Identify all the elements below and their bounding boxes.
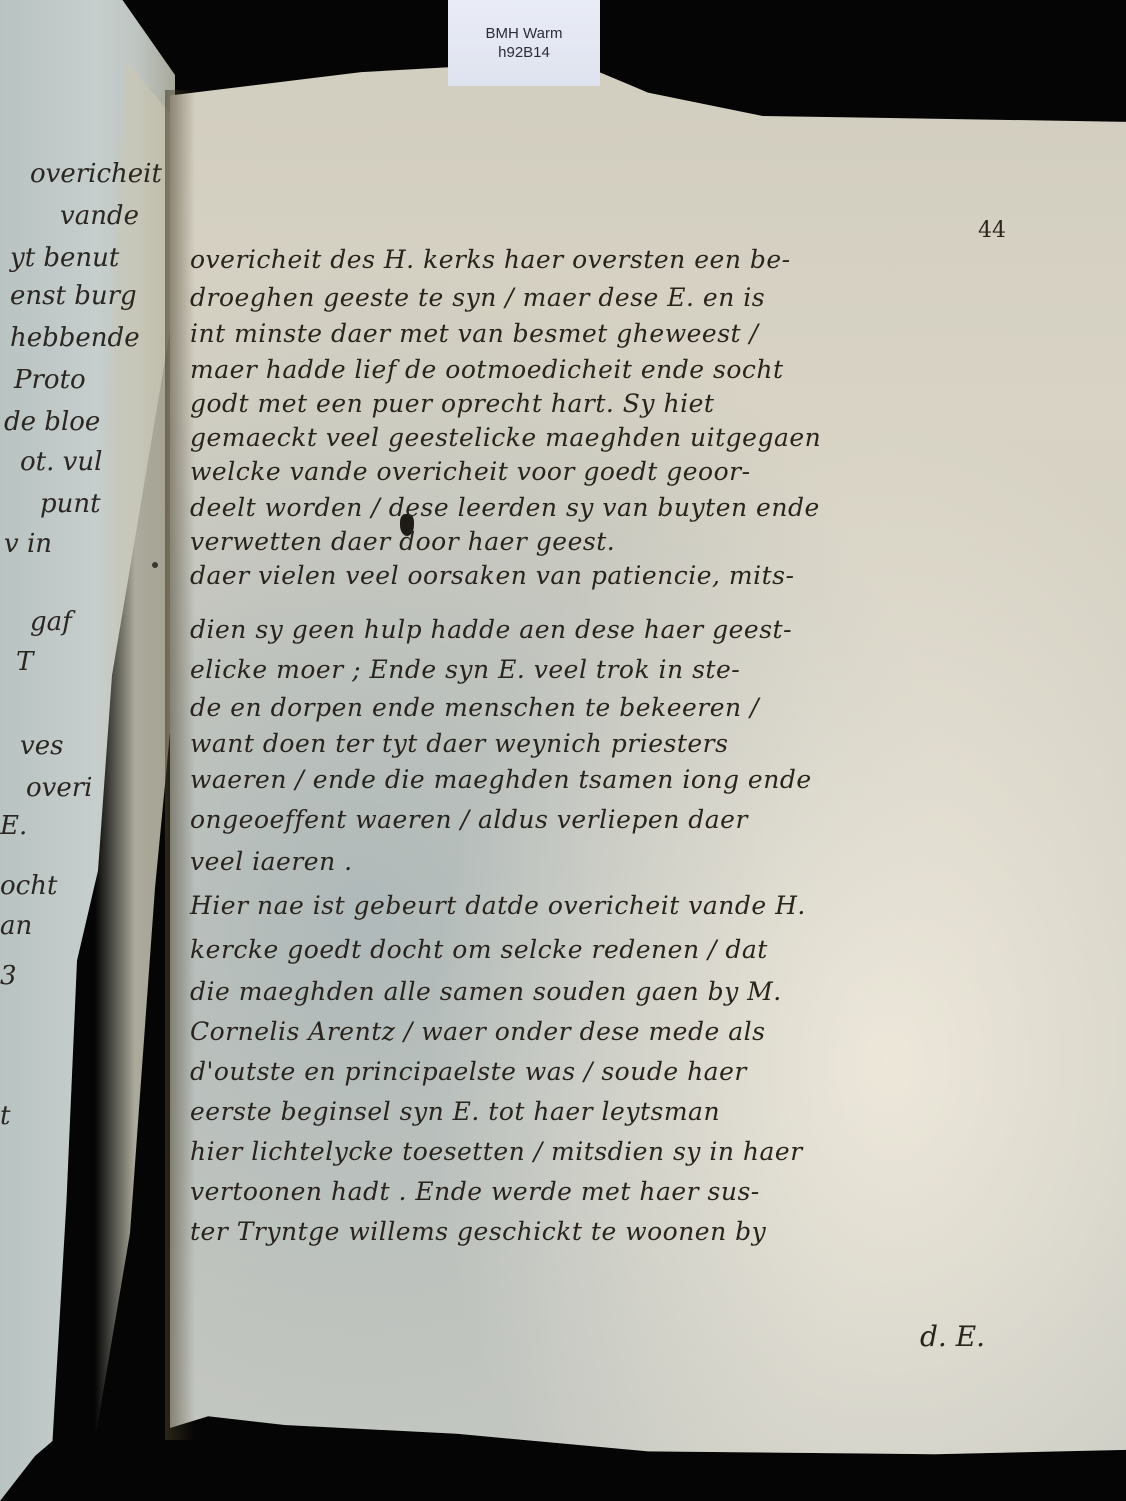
text-line: godt met een puer oprecht hart. Sy hiet (190, 389, 714, 418)
text-line: maer hadde lief de ootmoedicheit ende so… (190, 355, 784, 384)
left-fragment: vande (60, 200, 139, 232)
text-line: de en dorpen ende menschen te bekeeren / (190, 693, 759, 722)
page-number: 44 (978, 218, 1006, 243)
left-fragment: gaf (30, 606, 72, 638)
left-fragment: E. (0, 810, 27, 842)
text-line: elicke moer ; Ende syn E. veel trok in s… (190, 655, 740, 684)
text-line: veel iaeren . (190, 847, 353, 876)
left-fragment: overi (26, 772, 92, 804)
left-fragment: de bloe (4, 406, 100, 438)
text-line: overicheit des H. kerks haer oversten ee… (190, 245, 791, 274)
left-fragment: overicheit (30, 158, 162, 190)
left-fragment: an (0, 910, 32, 942)
text-line: want doen ter tyt daer weynich priesters (190, 729, 728, 758)
text-line: ter Tryntge willems geschickt te woonen … (190, 1217, 766, 1246)
call-number-slip: BMH Warm h92B14 (448, 0, 600, 86)
text-line: d'outste en principaelste was / soude ha… (190, 1057, 747, 1086)
signature-initials: d. E. (920, 1320, 985, 1353)
left-fragment: t (0, 1100, 10, 1132)
text-line: gemaeckt veel geestelicke maeghden uitge… (190, 423, 821, 452)
margin-dot-icon (152, 562, 158, 568)
text-line: kercke goedt docht om selcke redenen / d… (190, 935, 768, 964)
text-line: eerste beginsel syn E. tot haer leytsman (190, 1097, 720, 1126)
text-line: welcke vande overicheit voor goedt geoor… (190, 457, 751, 486)
text-line: daer vielen veel oorsaken van patiencie,… (190, 561, 794, 590)
left-fragment: punt (40, 488, 101, 520)
left-fragment: v in (4, 528, 52, 560)
left-fragment: 3 (0, 960, 17, 992)
text-line: dien sy geen hulp hadde aen dese haer ge… (190, 615, 792, 644)
left-fragment: enst burg (10, 280, 137, 312)
left-fragment: Proto (14, 364, 86, 396)
text-line: hier lichtelycke toesetten / mitsdien sy… (190, 1137, 803, 1166)
left-fragment: ot. vul (20, 446, 102, 478)
text-line: droeghen geeste te syn / maer dese E. en… (190, 283, 765, 312)
left-fragment: ocht (0, 870, 57, 902)
left-fragment: hebbende (10, 322, 140, 354)
text-line: deelt worden / dese leerden sy van buyte… (190, 493, 820, 522)
left-fragment: yt benut (10, 242, 119, 274)
text-line: Hier nae ist gebeurt datde overicheit va… (190, 891, 806, 920)
left-fragment: ves (20, 730, 63, 762)
text-line: Cornelis Arentz / waer onder dese mede a… (190, 1017, 765, 1046)
text-line: die maeghden alle samen souden gaen by M… (190, 977, 782, 1006)
slip-collection: BMH Warm (486, 24, 563, 43)
slip-shelfmark: h92B14 (498, 43, 550, 62)
left-fragment: T (16, 646, 33, 678)
text-line: ongeoeffent waeren / aldus verliepen dae… (190, 805, 748, 834)
text-line: waeren / ende die maeghden tsamen iong e… (190, 765, 812, 794)
text-line: int minste daer met van besmet gheweest … (190, 319, 758, 348)
text-line: verwetten daer door haer geest. (190, 527, 615, 556)
text-line: vertoonen hadt . Ende werde met haer sus… (190, 1177, 760, 1206)
